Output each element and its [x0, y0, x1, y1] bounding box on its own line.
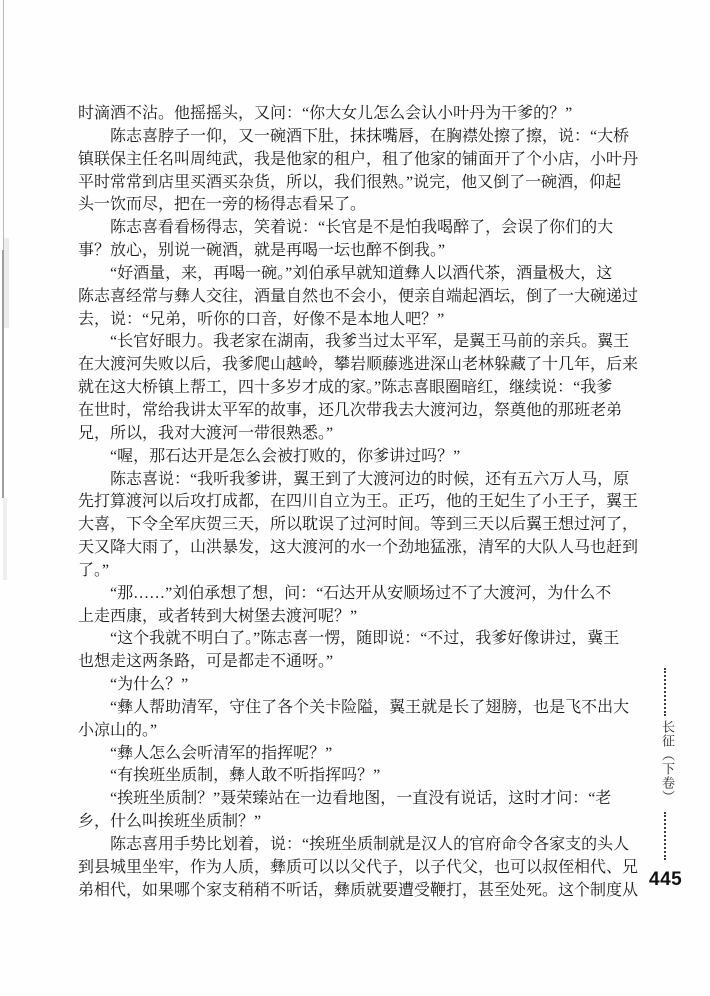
text-line: 乡，什么叫挨班坐质制？” [78, 811, 650, 834]
dotted-leader [664, 668, 666, 716]
text-line: “有挨班坐质制，彝人敢不听指挥吗？” [78, 765, 650, 788]
text-line: 弟相代，如果哪个家支稍稍不听话，彝质就要遭受鞭打，甚至处死。这个制度从 [78, 880, 650, 903]
text-line: 头一饮而尽，把在一旁的杨得志看呆了。 [78, 194, 650, 217]
text-line: 去，说：“兄弟，听你的口音，好像不是本地人吧？” [78, 309, 650, 332]
text-line: “好酒量，来，再喝一碗。”刘伯承早就知道彝人以酒代茶，酒量极大，这 [78, 263, 650, 286]
scan-edge-line [3, 0, 4, 252]
text-line: 小凉山的。” [78, 720, 650, 743]
dotted-leader [664, 812, 666, 860]
page-number: 445 [649, 869, 682, 891]
text-line: 天又降大雨了，山洪暴发，这大渡河的水一个劲地猛涨，清军的大队人马也赶到 [78, 537, 650, 560]
text-line: 镇联保主任名叫周纯武，我是他家的租户，租了他家的铺面开了个小店，小叶丹 [78, 149, 650, 172]
text-line: “那……”刘伯承想了想，问：“石达开从安顺场过不了大渡河，为什么不 [78, 583, 650, 606]
text-line: 平时常常到店里买酒买杂货，所以，我们很熟。”说完，他又倒了一碗酒，仰起 [78, 172, 650, 195]
text-line: 也想走这两条路，可是都走不通呀。” [78, 651, 650, 674]
text-line: 事？放心，别说一碗酒，就是再喝一坛也醉不倒我。” [78, 240, 650, 263]
text-line: 就在这大桥镇上帮工，四十多岁才成的家。”陈志喜眼圈暗红，继续说：“我爹 [78, 377, 650, 400]
text-line: “这个我就不明白了。”陈志喜一愣，随即说：“不过，我爹好像讲过，冀王 [78, 628, 650, 651]
text-line: 在大渡河失败以后，我爹爬山越岭，攀岩顺藤逃进深山老林躲藏了十几年，后来 [78, 354, 650, 377]
text-line: 大喜，下令全军庆贺三天，所以耽误了过河时间。等到三天以后翼王想过河了， [78, 514, 650, 537]
text-line: “喔，那石达开是怎么会被打败的，你爹讲过吗？” [78, 446, 650, 469]
text-line: 陈志喜经常与彝人交往，酒量自然也不会小，便亲自端起酒坛，倒了一大碗递过 [78, 286, 650, 309]
text-line: “挨班坐质制？”聂荣臻站在一边看地图，一直没有说话，这时才问：“老 [78, 788, 650, 811]
text-line: 在世时，常给我讲太平军的故事，还几次带我去大渡河边，祭奠他的那班老弟 [78, 400, 650, 423]
text-line: “彝人帮助清军，守住了各个关卡险隘，翼王就是长了翅膀，也是飞不出大 [78, 697, 650, 720]
text-line: 上走西康，或者转到大树堡去渡河呢？” [78, 606, 650, 629]
scan-smudge [4, 238, 9, 328]
text-line: “彝人怎么会听清军的指挥呢？” [78, 743, 650, 766]
text-line: 陈志喜说：“我听我爹讲，翼王到了大渡河边的时候，还有五六万人马，原 [78, 469, 650, 492]
text-line: 陈志喜用手势比划着，说：“挨班坐质制就是汉人的官府命令各家支的头人 [78, 834, 650, 857]
body-text: 时滴酒不沾。他摇摇头，又问：“你大女儿怎么会认小叶丹为干爹的？” 陈志喜脖子一仰… [78, 103, 650, 903]
text-line: 陈志喜看看杨得志，笑着说：“长官是不是怕我喝醉了，会误了你们的大 [78, 217, 650, 240]
text-line: “为什么？” [78, 674, 650, 697]
text-line: 到县城里坐牢，作为人质，彝质可以以父代子，以子代父，也可以叔侄相代、兄 [78, 857, 650, 880]
book-title-vertical: 长征（下卷） [658, 720, 677, 812]
text-line: 了。” [78, 560, 650, 583]
text-line: “长官好眼力。我老家在湖南，我爹当过太平军，是翼王马前的亲兵。翼王 [78, 331, 650, 354]
scan-smudge [3, 498, 7, 580]
text-line: 先打算渡河以后攻打成都，在四川自立为王。正巧，他的王妃生了小王子，翼王 [78, 491, 650, 514]
text-line: 陈志喜脖子一仰，又一碗酒下肚，抹抹嘴唇，在胸襟处擦了擦，说：“大桥 [78, 126, 650, 149]
text-line: 时滴酒不沾。他摇摇头，又问：“你大女儿怎么会认小叶丹为干爹的？” [78, 103, 650, 126]
text-line: 兄，所以，我对大渡河一带很熟悉。” [78, 423, 650, 446]
